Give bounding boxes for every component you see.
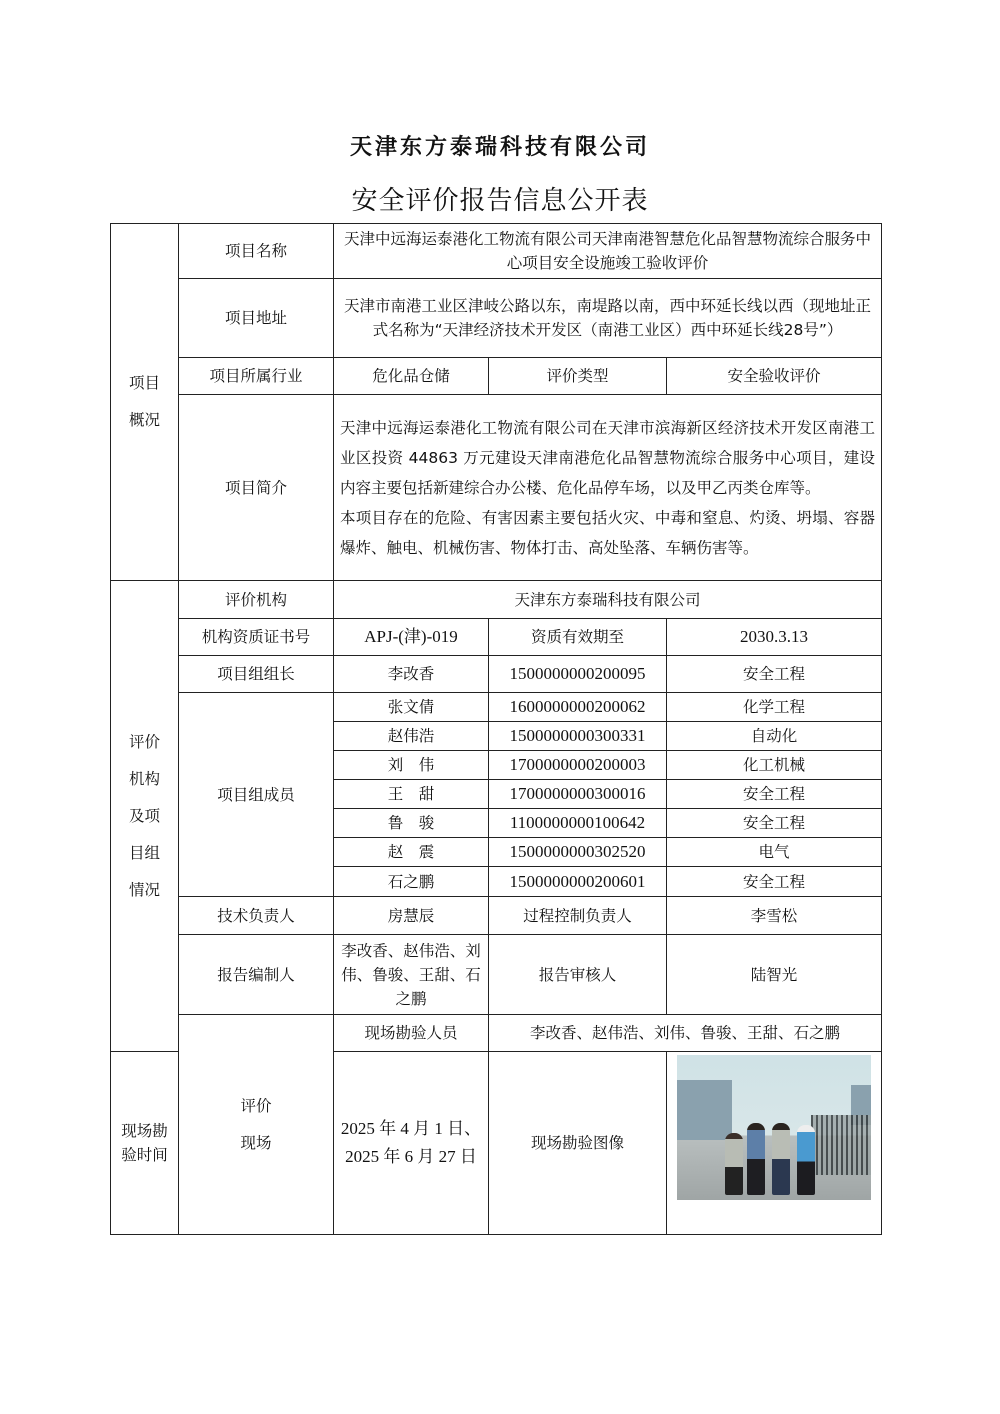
eval-type-value: 安全验收评价 <box>667 358 882 395</box>
leader-cert: 1500000000200095 <box>489 656 667 693</box>
member-name: 石之鹏 <box>334 867 489 897</box>
member-cert: 1500000000200601 <box>489 867 667 897</box>
intro-paragraph-1: 天津中远海运泰港化工物流有限公司在天津市滨海新区经济技术开发区南港工业区投资 4… <box>340 413 875 503</box>
site-time-1: 2025 年 4 月 1 日、 <box>338 1115 484 1143</box>
member-cert: 1500000000300331 <box>489 722 667 751</box>
cert-label: 机构资质证书号 <box>179 619 334 656</box>
tech-lead-name: 房慧辰 <box>334 897 489 935</box>
member-cert: 1500000000302520 <box>489 838 667 867</box>
member-name: 赵 震 <box>334 838 489 867</box>
site-staff-label: 现场勘验人员 <box>334 1015 489 1052</box>
site-time-2: 2025 年 6 月 27 日 <box>338 1143 484 1171</box>
cert-no: APJ-(津)-019 <box>334 619 489 656</box>
member-major: 自动化 <box>667 722 882 751</box>
page-title: 安全评价报告信息公开表 <box>0 180 1000 217</box>
building-shape <box>677 1080 732 1140</box>
member-major: 电气 <box>667 838 882 867</box>
org-name: 天津东方泰瑞科技有限公司 <box>334 581 882 619</box>
process-lead-label: 过程控制负责人 <box>489 897 667 935</box>
member-cert: 1100000000100642 <box>489 809 667 838</box>
members-label: 项目组成员 <box>179 693 334 897</box>
row-intro: 项目简介 天津中远海运泰港化工物流有限公司在天津市滨海新区经济技术开发区南港工业… <box>111 395 882 581</box>
member-name: 刘 伟 <box>334 751 489 780</box>
site-image-label: 现场勘验图像 <box>489 1052 667 1235</box>
leader-label: 项目组组长 <box>179 656 334 693</box>
row-leader: 项目组组长 李改香 1500000000200095 安全工程 <box>111 656 882 693</box>
row-project-address: 项目地址 天津市南港工业区津岐公路以东，南堤路以南，西中环延长线以西（现地址正式… <box>111 279 882 358</box>
industry-value: 危化品仓储 <box>334 358 489 395</box>
member-cert: 1700000000300016 <box>489 780 667 809</box>
member-major: 安全工程 <box>667 809 882 838</box>
compiler-label: 报告编制人 <box>179 935 334 1015</box>
leader-major: 安全工程 <box>667 656 882 693</box>
valid-label: 资质有效期至 <box>489 619 667 656</box>
info-table: 项目概况 项目名称 天津中远海运泰港化工物流有限公司天津南港智慧危化品智慧物流综… <box>110 223 882 1235</box>
row-industry: 项目所属行业 危化品仓储 评价类型 安全验收评价 <box>111 358 882 395</box>
member-cert: 1600000000200062 <box>489 693 667 722</box>
row-site-staff: 评价现场 现场勘验人员 李改香、赵伟浩、刘伟、鲁骏、王甜、石之鹏 <box>111 1015 882 1052</box>
member-major: 安全工程 <box>667 867 882 897</box>
project-address-value: 天津市南港工业区津岐公路以东，南堤路以南，西中环延长线以西（现地址正式名称为“天… <box>334 279 882 358</box>
site-photo <box>677 1055 871 1200</box>
row-compilers: 报告编制人 李改香、赵伟浩、刘伟、鲁骏、王甜、石之鹏 报告审核人 陆智光 <box>111 935 882 1015</box>
section-label-overview: 项目概况 <box>111 224 179 581</box>
intro-label: 项目简介 <box>179 395 334 581</box>
member-name: 鲁 骏 <box>334 809 489 838</box>
project-name-label: 项目名称 <box>179 224 334 279</box>
site-time-label: 现场勘验时间 <box>111 1052 179 1235</box>
person-figure <box>797 1125 815 1195</box>
member-row: 项目组成员 张文倩 1600000000200062 化学工程 <box>111 693 882 722</box>
person-figure <box>747 1123 765 1195</box>
row-cert: 机构资质证书号 APJ-(津)-019 资质有效期至 2030.3.13 <box>111 619 882 656</box>
section-label-organization: 评价机构及项目组情况 <box>111 581 179 1052</box>
member-name: 张文倩 <box>334 693 489 722</box>
valid-until: 2030.3.13 <box>667 619 882 656</box>
site-image-cell <box>667 1052 882 1235</box>
project-address-label: 项目地址 <box>179 279 334 358</box>
industry-label: 项目所属行业 <box>179 358 334 395</box>
eval-type-label: 评价类型 <box>489 358 667 395</box>
reviewer-name: 陆智光 <box>667 935 882 1015</box>
person-figure <box>725 1133 743 1195</box>
section-label-site: 评价现场 <box>179 1015 334 1235</box>
leader-name: 李改香 <box>334 656 489 693</box>
company-name: 天津东方泰瑞科技有限公司 <box>0 130 1000 161</box>
intro-paragraph-2: 本项目存在的危险、有害因素主要包括火灾、中毒和窒息、灼烫、坍塌、容器爆炸、触电、… <box>340 503 875 563</box>
row-leads: 技术负责人 房慧辰 过程控制负责人 李雪松 <box>111 897 882 935</box>
member-cert: 1700000000200003 <box>489 751 667 780</box>
fence-shape <box>811 1115 871 1175</box>
row-org: 评价机构及项目组情况 评价机构 天津东方泰瑞科技有限公司 <box>111 581 882 619</box>
process-lead-name: 李雪松 <box>667 897 882 935</box>
site-staff-value: 李改香、赵伟浩、刘伟、鲁骏、王甜、石之鹏 <box>489 1015 882 1052</box>
member-major: 安全工程 <box>667 780 882 809</box>
row-project-name: 项目概况 项目名称 天津中远海运泰港化工物流有限公司天津南港智慧危化品智慧物流综… <box>111 224 882 279</box>
project-name-value: 天津中远海运泰港化工物流有限公司天津南港智慧危化品智慧物流综合服务中心项目安全设… <box>334 224 882 279</box>
intro-value: 天津中远海运泰港化工物流有限公司在天津市滨海新区经济技术开发区南港工业区投资 4… <box>334 395 882 581</box>
member-major: 化学工程 <box>667 693 882 722</box>
person-figure <box>772 1123 790 1195</box>
member-name: 赵伟浩 <box>334 722 489 751</box>
compilers-value: 李改香、赵伟浩、刘伟、鲁骏、王甜、石之鹏 <box>334 935 489 1015</box>
site-time-value: 2025 年 4 月 1 日、 2025 年 6 月 27 日 <box>334 1052 489 1235</box>
reviewer-label: 报告审核人 <box>489 935 667 1015</box>
member-major: 化工机械 <box>667 751 882 780</box>
member-name: 王 甜 <box>334 780 489 809</box>
tech-lead-label: 技术负责人 <box>179 897 334 935</box>
org-label: 评价机构 <box>179 581 334 619</box>
